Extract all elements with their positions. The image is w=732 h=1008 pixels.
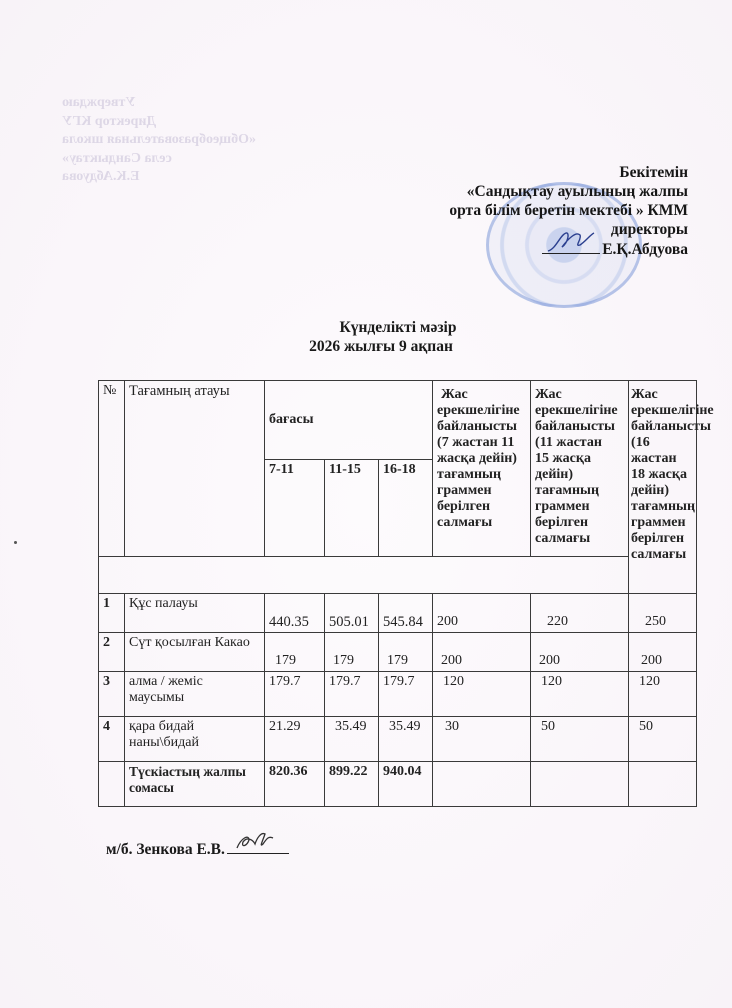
header-text: берілген (631, 531, 695, 547)
price-11-15: 505.01 (325, 594, 379, 633)
weight-16-18: 250 (629, 594, 697, 633)
price-age-7-11: 7-11 (265, 460, 325, 557)
price-age-11-15: 11-15 (325, 460, 379, 557)
bleed-line: Е.К.Абдуова (62, 168, 302, 187)
total-row: Түскіастың жалпы сомасы 820.36 899.22 94… (99, 762, 697, 807)
weight-11-15: 200 (531, 633, 629, 672)
header-text: салмағы (535, 531, 624, 547)
weight-16-18: 50 (629, 717, 697, 762)
total-weight-16-18 (629, 762, 697, 807)
header-text: (11 жастан (535, 435, 624, 451)
weight-16-18: 120 (629, 672, 697, 717)
approval-line: Бекітемін (449, 163, 688, 182)
weight-11-15: 50 (531, 717, 629, 762)
daily-menu-table: № Тағамның атауы бағасы Жас ерекшелігіне… (98, 380, 697, 807)
header-text: дейін) (631, 483, 695, 499)
dish-name: Сүт қосылған Какао (125, 633, 265, 672)
table-row: 1 Құс палауы 440.35 505.01 545.84 200 22… (99, 594, 697, 633)
weight-16-18: 200 (629, 633, 697, 672)
total-weight-11-15 (531, 762, 629, 807)
header-text: тағамның (437, 467, 526, 483)
approval-line: «Сандықтау ауылының жалпы (449, 182, 688, 201)
price-16-18: 179.7 (379, 672, 433, 717)
header-text: ерекшелігіне (437, 403, 526, 419)
header-text: (7 жастан 11 (437, 435, 526, 451)
weight-11-15: 120 (531, 672, 629, 717)
total-weight-7-11 (433, 762, 531, 807)
approval-signature-line: Е.Қ.Абдуова (449, 239, 688, 259)
price-16-18: 35.49 (379, 717, 433, 762)
weight-7-11: 120 (433, 672, 531, 717)
weight-7-11: 200 (433, 594, 531, 633)
price-age-16-18: 16-18 (379, 460, 433, 557)
header-price: бағасы (265, 381, 433, 460)
menu-date: 2026 жылғы 9 ақпан (0, 337, 732, 356)
bleed-through-text: Утверждаю Директор КГУ «Общеобразователь… (62, 94, 302, 187)
price-11-15: 179 (325, 633, 379, 672)
row-number: 4 (99, 717, 125, 762)
responsible-person: м/б. Зенкова Е.В. (106, 841, 225, 858)
page-title: Күнделікті мәзір (0, 318, 732, 337)
header-text: Жас (631, 387, 695, 403)
header-weight-16-18: Жас ерекшелігіне байланысты (16 жастан 1… (629, 381, 697, 594)
scan-speck (14, 541, 17, 544)
approval-block: Бекітемін «Сандықтау ауылының жалпы орта… (449, 163, 688, 259)
document-page: Утверждаю Директор КГУ «Общеобразователь… (0, 0, 732, 1008)
dish-name: Құс палауы (125, 594, 265, 633)
total-label: Түскіастың жалпы сомасы (125, 762, 265, 807)
header-text: байланысты (437, 419, 526, 435)
price-7-11: 179 (265, 633, 325, 672)
price-16-18: 179 (379, 633, 433, 672)
header-text: байланысты (631, 419, 695, 435)
weight-11-15: 220 (531, 594, 629, 633)
price-11-15: 35.49 (325, 717, 379, 762)
document-title: Күнделікті мәзір 2026 жылғы 9 ақпан (0, 318, 732, 356)
row-number: 1 (99, 594, 125, 633)
header-text: граммен (437, 483, 526, 499)
table-row: 2 Сүт қосылған Какао 179 179 179 200 200… (99, 633, 697, 672)
header-weight-7-11: Жас ерекшелігіне байланысты (7 жастан 11… (433, 381, 531, 557)
header-text: берілген (437, 499, 526, 515)
dish-name: алма / жеміс маусымы (125, 672, 265, 717)
total-price-16-18: 940.04 (379, 762, 433, 807)
header-number: № (99, 381, 125, 557)
table-row: 3 алма / жеміс маусымы 179.7 179.7 179.7… (99, 672, 697, 717)
price-7-11: 440.35 (265, 594, 325, 633)
responsible-signature (227, 838, 289, 854)
header-text: жасқа дейін) (437, 451, 526, 467)
dish-name: қара бидай наны\бидай (125, 717, 265, 762)
header-weight-11-15: Жас ерекшелігіне байланысты (11 жастан 1… (531, 381, 629, 557)
row-number: 3 (99, 672, 125, 717)
header-text: (16 жастан (631, 435, 695, 467)
header-text: Жас (535, 387, 624, 403)
signature-scribble-icon (546, 229, 596, 255)
blank-row (99, 557, 697, 594)
header-row: № Тағамның атауы бағасы Жас ерекшелігіне… (99, 381, 697, 460)
price-16-18: 545.84 (379, 594, 433, 633)
header-text: салмағы (437, 515, 526, 531)
table-row: 4 қара бидай наны\бидай 21.29 35.49 35.4… (99, 717, 697, 762)
header-text: байланысты (535, 419, 624, 435)
header-text: берілген (535, 515, 624, 531)
total-number-blank (99, 762, 125, 807)
header-text: салмағы (631, 547, 695, 563)
header-text: граммен (631, 515, 695, 531)
total-price-7-11: 820.36 (265, 762, 325, 807)
footer-signature: м/б. Зенкова Е.В. (106, 838, 289, 859)
header-text: граммен (535, 499, 624, 515)
header-dish-name: Тағамның атауы (125, 381, 265, 557)
signature-scribble-icon (233, 828, 285, 854)
header-text: дейін) (535, 467, 624, 483)
header-text: 15 жасқа (535, 451, 624, 467)
header-text: тағамның (631, 499, 695, 515)
header-text: Жас (437, 387, 526, 403)
price-7-11: 21.29 (265, 717, 325, 762)
approval-line: орта білім беретін мектебі » КММ (449, 201, 688, 220)
director-name: Е.Қ.Абдуова (602, 241, 688, 258)
bleed-line: села Сандыктау» (62, 150, 302, 169)
total-price-11-15: 899.22 (325, 762, 379, 807)
header-text: ерекшелігіне (631, 403, 695, 419)
blank-cell (99, 557, 629, 594)
director-signature (542, 239, 600, 254)
weight-7-11: 30 (433, 717, 531, 762)
price-7-11: 179.7 (265, 672, 325, 717)
bleed-line: «Общеобразовательная школа (62, 131, 302, 150)
row-number: 2 (99, 633, 125, 672)
bleed-line: Директор КГУ (62, 113, 302, 132)
header-text: ерекшелігіне (535, 403, 624, 419)
weight-7-11: 200 (433, 633, 531, 672)
bleed-line: Утверждаю (62, 94, 302, 113)
price-11-15: 179.7 (325, 672, 379, 717)
header-text: тағамның (535, 483, 624, 499)
header-text: 18 жасқа (631, 467, 695, 483)
